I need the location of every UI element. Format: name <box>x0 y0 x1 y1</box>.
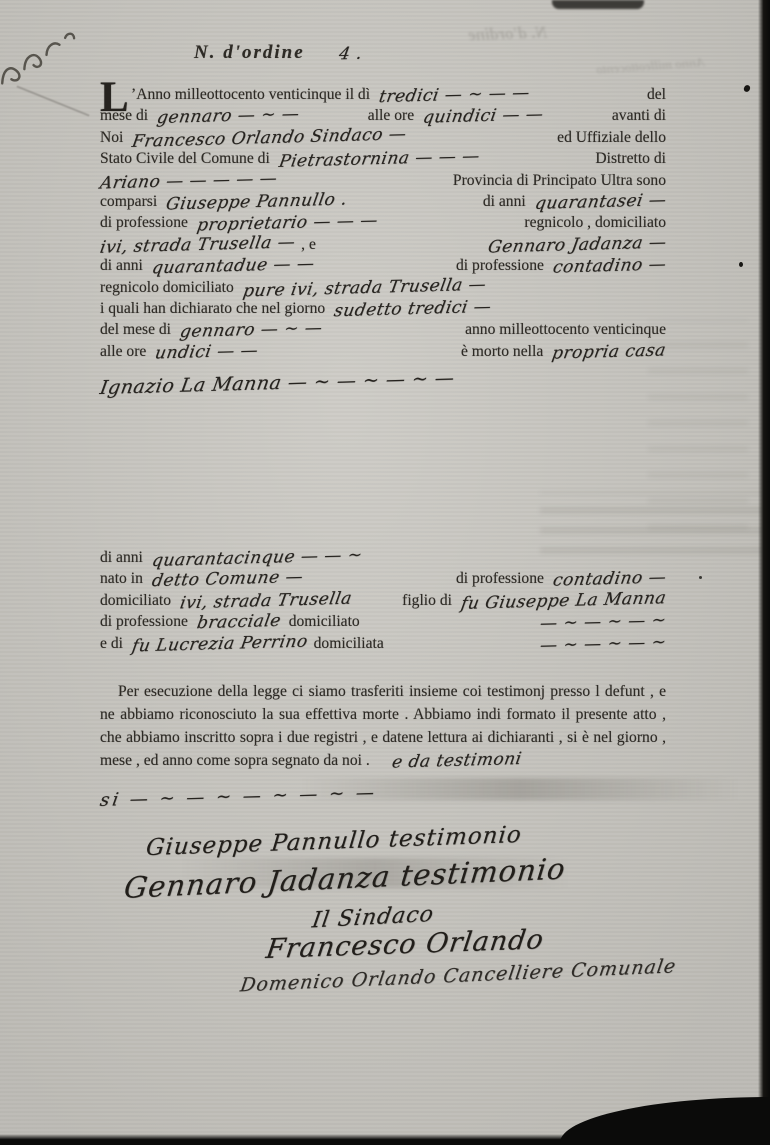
ink-spot <box>699 576 702 579</box>
printed-text: avanti di <box>612 107 666 125</box>
handwritten-death-hour: undici — — <box>154 342 260 362</box>
printed-text: di anni <box>483 193 526 211</box>
printed-text: , e <box>301 236 316 254</box>
printed-text: domiciliata <box>314 635 384 653</box>
handwritten-death-month: gennaro — ~ — <box>179 320 324 341</box>
signatures-block: Giuseppe Pannullo testimonio Gennaro Jad… <box>100 827 666 987</box>
printed-text: e di <box>100 635 123 653</box>
act-line: e di fu Lucrezia Perrino domiciliata — ~… <box>100 635 666 656</box>
printed-text: alle ore <box>368 107 414 125</box>
printed-text: anno milleottocento venticinque <box>465 321 666 339</box>
printed-text: Distretto di <box>595 150 666 168</box>
ink-stain-top-edge <box>552 0 644 9</box>
handwritten-birthplace: detto Comune — <box>151 569 305 590</box>
drop-cap-letter: L <box>100 76 129 119</box>
handwritten-declarant2-profession: contadino — <box>552 257 668 277</box>
act-line: Stato Civile del Comune di Pietrastornin… <box>100 150 666 171</box>
handwritten-declarant1-name: Giuseppe Pannullo . <box>165 191 349 213</box>
act-line: ivi, strada Trusella — , e Gennaro Jadan… <box>100 236 666 257</box>
act-line: di anni quarantacinque — — ~ <box>100 549 666 570</box>
handwritten-deceased-address: ivi, strada Trusella <box>179 590 353 612</box>
order-number-value: 4 . <box>337 46 363 64</box>
handwritten-day: tredici — ~ — — <box>378 85 531 106</box>
page-corner-bottom-right <box>560 1097 770 1145</box>
act-line: di anni quarantadue — — di professione c… <box>100 257 666 278</box>
printed-text: di professione <box>100 214 188 232</box>
handwritten-declarant2-age: quarantadue — — <box>151 256 316 278</box>
record-body: N. d'ordine 4 . L ’Anno milleottocento v… <box>100 42 666 987</box>
margin-scribble-mark <box>0 22 92 98</box>
blank-gap <box>100 656 666 680</box>
printed-text: ’Anno milleottocento venticinque il dì <box>131 86 370 104</box>
handwritten-commune: Pietrastornina — — — <box>277 148 480 171</box>
handwritten-deceased-age: quarantacinque — — ~ <box>151 547 364 570</box>
printed-text: di professione <box>456 257 544 275</box>
handwritten-district: Ariano — — — — — <box>99 170 279 192</box>
act-line: comparsi Giuseppe Pannullo . di anni qua… <box>100 193 666 214</box>
handwritten-father-profession: bracciale <box>196 613 283 632</box>
act-line: di professione bracciale domiciliato — ~… <box>100 613 666 634</box>
act-line: del mese di gennaro — ~ — anno milleotto… <box>100 321 666 342</box>
act-line: i quali han dichiarato che nel giorno su… <box>100 300 666 321</box>
printed-text: Stato Civile del Comune di <box>100 150 270 168</box>
handwritten-addition: e da testimoni <box>372 751 522 772</box>
printed-text: è morto nella <box>461 343 543 361</box>
handwritten-mother-name: fu Lucrezia Perrino <box>131 633 309 655</box>
printed-text: ed Uffiziale dello <box>557 129 666 147</box>
blank-gap <box>100 403 666 549</box>
pencil-stroke-mark <box>16 85 89 116</box>
printed-text: Provincia di Principato Ultra sono <box>453 172 666 190</box>
handwritten-declarant2-name: Gennaro Jadanza — <box>486 234 667 256</box>
act-line: regnicolo domiciliato pure ivi, strada T… <box>100 279 666 300</box>
act-line: alle ore undici — — è morto nella propri… <box>100 343 666 364</box>
act-line: nato in detto Comune — di professione co… <box>100 570 666 591</box>
death-record-page: N. d'ordine Anno milleottocento N. d'ord… <box>0 0 770 1145</box>
deceased-details-block: di anni quarantacinque — — ~ nato in det… <box>100 549 666 656</box>
printed-text: i quali han dichiarato che nel giorno <box>100 300 325 318</box>
handwritten-declarant2-address: pure ivi, strada Trusella — <box>241 276 487 300</box>
printed-text: figlio di <box>402 592 452 610</box>
handwritten-hour: quindici — — <box>422 107 545 127</box>
handwritten-deceased-profession: contadino — <box>552 570 668 590</box>
act-line: Noi Francesco Orlando Sindaco — ed Uffiz… <box>100 129 666 150</box>
act-line: di professione proprietario — — — regnic… <box>100 214 666 235</box>
printed-text: Noi <box>100 129 123 147</box>
handwritten-si: si — ~ — ~ — ~ — ~ — <box>99 784 379 810</box>
handwritten-deceased-name: Ignazio La Manna — ~ — ~ — ~ — <box>98 369 455 398</box>
printed-text: di anni <box>100 257 143 275</box>
act-line: Ignazio La Manna — ~ — ~ — ~ — <box>100 373 666 403</box>
act-line: ’Anno milleottocento venticinque il dì t… <box>100 86 666 107</box>
handwritten-death-place: propria casa <box>551 342 668 362</box>
printed-text: del mese di <box>100 321 171 339</box>
printed-text: comparsi <box>100 193 157 211</box>
order-number-label: N. d'ordine <box>194 42 305 64</box>
handwritten-filler-line: si — ~ — ~ — ~ — ~ — <box>100 787 666 813</box>
printed-text: alle ore <box>100 343 146 361</box>
handwritten-father-name: fu Giuseppe La Manna <box>460 590 668 613</box>
order-number-line: N. d'ordine 4 . <box>194 42 666 72</box>
handwritten-declarant1-address: ivi, strada Trusella — <box>99 234 297 257</box>
handwritten-declarant1-age: quarantasei — <box>533 192 667 213</box>
printed-text: regnicolo domiciliato <box>100 279 234 297</box>
act-opening-block: ’Anno milleottocento venticinque il dì t… <box>100 86 666 403</box>
ink-spot <box>743 84 752 93</box>
printed-text: di anni <box>100 549 143 567</box>
handwritten-official-name: Francesco Orlando Sindaco — <box>131 126 408 151</box>
act-line: domiciliato ivi, strada Trusella figlio … <box>100 592 666 613</box>
handwritten-dashes: — ~ — ~ — ~ <box>538 634 667 655</box>
closing-formula-paragraph: Per esecuzione della legge ci siamo tras… <box>100 680 666 772</box>
act-line: Ariano — — — — — Provincia di Principato… <box>100 172 666 193</box>
ink-spot <box>739 262 743 267</box>
printed-text: domiciliato <box>100 592 171 610</box>
printed-text: di professione <box>100 613 188 631</box>
printed-text: domiciliato <box>289 613 360 631</box>
handwritten-month: gennaro — ~ — <box>156 106 301 127</box>
printed-text: di professione <box>456 570 544 588</box>
printed-text: regnicolo , domiciliato <box>524 214 666 232</box>
printed-text: del <box>647 86 666 104</box>
page-edge-right <box>758 0 770 1145</box>
handwritten-dashes: — ~ — ~ — ~ <box>538 612 667 633</box>
printed-text: nato in <box>100 570 143 588</box>
handwritten-death-day: sudetto tredici — <box>333 299 493 320</box>
